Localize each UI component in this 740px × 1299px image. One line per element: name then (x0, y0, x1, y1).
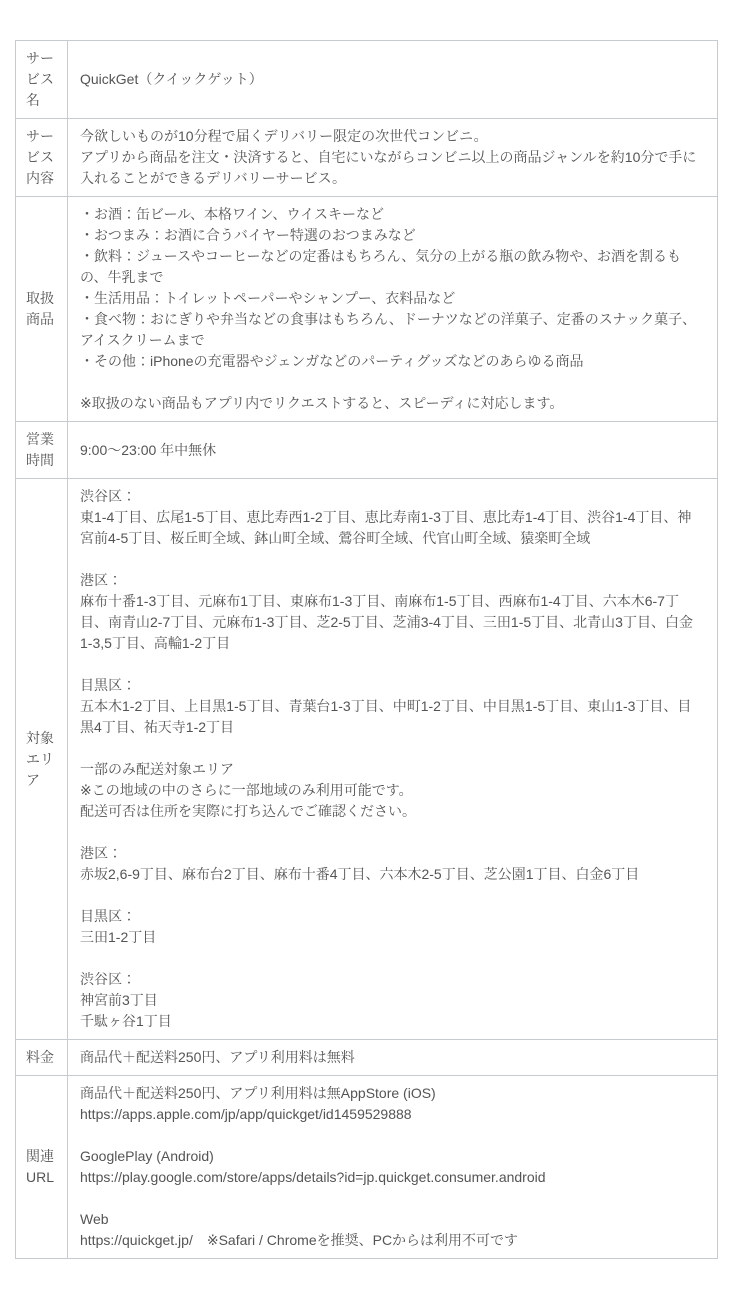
row-header: 対象エリア (16, 479, 68, 1040)
content-line: 麻布十番1-3丁目、元麻布1丁目、東麻布1-3丁目、南麻布1-5丁目、西麻布1-… (80, 591, 703, 654)
service-info-table-body: サービス名QuickGet（クイックゲット）サービス内容今欲しいものが10分程で… (16, 41, 718, 1259)
blank-line (80, 822, 703, 843)
content-line: GooglePlay (Android) (80, 1146, 703, 1167)
content-line: ・その他：iPhoneの充電器やジェンガなどのパーティグッズなどのあらゆる商品 (80, 351, 703, 372)
row-header: 取扱商品 (16, 197, 68, 422)
content-line: アプリから商品を注文・決済すると、自宅にいながらコンビニ以上の商品ジャンルを約1… (80, 147, 703, 189)
content-line: 神宮前3丁目 (80, 990, 703, 1011)
blank-line (80, 885, 703, 906)
table-row: サービス名QuickGet（クイックゲット） (16, 41, 718, 119)
table-row: 対象エリア渋谷区：東1-4丁目、広尾1-5丁目、恵比寿西1-2丁目、恵比寿南1-… (16, 479, 718, 1040)
row-content: 商品代＋配送料250円、アプリ利用料は無料 (68, 1040, 718, 1076)
table-row: サービス内容今欲しいものが10分程で届くデリバリー限定の次世代コンビニ。アプリか… (16, 119, 718, 197)
row-content: QuickGet（クイックゲット） (68, 41, 718, 119)
content-line: https://quickget.jp/ ※Safari / Chromeを推奨… (80, 1230, 703, 1251)
blank-line (80, 948, 703, 969)
table-row: 関連URL商品代＋配送料250円、アプリ利用料は無AppStore (iOS)h… (16, 1076, 718, 1259)
content-line: https://play.google.com/store/apps/detai… (80, 1167, 703, 1188)
content-line: ・お酒：缶ビール、本格ワイン、ウイスキーなど (80, 204, 703, 225)
content-line: QuickGet（クイックゲット） (80, 69, 703, 90)
content-line: ・生活用品：トイレットペーパーやシャンプー、衣料品など (80, 288, 703, 309)
service-info-table: サービス名QuickGet（クイックゲット）サービス内容今欲しいものが10分程で… (15, 40, 718, 1259)
row-header: サービス名 (16, 41, 68, 119)
content-line: ・飲料：ジュースやコーヒーなどの定番はもちろん、気分の上がる瓶の飲み物や、お酒を… (80, 246, 703, 288)
content-line: https://apps.apple.com/jp/app/quickget/i… (80, 1104, 703, 1125)
content-line: 商品代＋配送料250円、アプリ利用料は無料 (80, 1047, 703, 1068)
content-line: 9:00〜23:00 年中無休 (80, 440, 703, 461)
content-line: ・おつまみ：お酒に合うバイヤー特選のおつまみなど (80, 225, 703, 246)
row-content: ・お酒：缶ビール、本格ワイン、ウイスキーなど・おつまみ：お酒に合うバイヤー特選の… (68, 197, 718, 422)
table-row: 取扱商品・お酒：缶ビール、本格ワイン、ウイスキーなど・おつまみ：お酒に合うバイヤ… (16, 197, 718, 422)
blank-line (80, 738, 703, 759)
blank-line (80, 1188, 703, 1209)
content-line: ※取扱のない商品もアプリ内でリクエストすると、スピーディに対応します。 (80, 393, 703, 414)
content-line: 商品代＋配送料250円、アプリ利用料は無AppStore (iOS) (80, 1083, 703, 1104)
row-content: 渋谷区：東1-4丁目、広尾1-5丁目、恵比寿西1-2丁目、恵比寿南1-3丁目、恵… (68, 479, 718, 1040)
content-line: 港区： (80, 570, 703, 591)
content-line: 目黒区： (80, 906, 703, 927)
row-header: サービス内容 (16, 119, 68, 197)
blank-line (80, 1125, 703, 1146)
content-line: 五本木1-2丁目、上目黒1-5丁目、青葉台1-3丁目、中町1-2丁目、中目黒1-… (80, 696, 703, 738)
row-content: 商品代＋配送料250円、アプリ利用料は無AppStore (iOS)https:… (68, 1076, 718, 1259)
content-line: 港区： (80, 843, 703, 864)
content-line: 今欲しいものが10分程で届くデリバリー限定の次世代コンビニ。 (80, 126, 703, 147)
content-line: 赤坂2,6-9丁目、麻布台2丁目、麻布十番4丁目、六本木2-5丁目、芝公園1丁目… (80, 864, 703, 885)
page: サービス名QuickGet（クイックゲット）サービス内容今欲しいものが10分程で… (0, 0, 740, 1299)
content-line: 東1-4丁目、広尾1-5丁目、恵比寿西1-2丁目、恵比寿南1-3丁目、恵比寿1-… (80, 507, 703, 549)
content-line: 一部のみ配送対象エリア (80, 759, 703, 780)
row-header: 関連URL (16, 1076, 68, 1259)
row-content: 今欲しいものが10分程で届くデリバリー限定の次世代コンビニ。アプリから商品を注文… (68, 119, 718, 197)
blank-line (80, 372, 703, 393)
content-line: 千駄ヶ谷1丁目 (80, 1011, 703, 1032)
row-header: 料金 (16, 1040, 68, 1076)
blank-line (80, 549, 703, 570)
row-content: 9:00〜23:00 年中無休 (68, 422, 718, 479)
content-line: ※この地域の中のさらに一部地域のみ利用可能です。 (80, 780, 703, 801)
table-row: 料金商品代＋配送料250円、アプリ利用料は無料 (16, 1040, 718, 1076)
row-header: 営業時間 (16, 422, 68, 479)
table-row: 営業時間9:00〜23:00 年中無休 (16, 422, 718, 479)
content-line: 渋谷区： (80, 969, 703, 990)
content-line: 配送可否は住所を実際に打ち込んでご確認ください。 (80, 801, 703, 822)
content-line: ・食べ物：おにぎりや弁当などの食事はもちろん、ドーナツなどの洋菓子、定番のスナッ… (80, 309, 703, 351)
content-line: 渋谷区： (80, 486, 703, 507)
content-line: 三田1-2丁目 (80, 927, 703, 948)
content-line: Web (80, 1209, 703, 1230)
blank-line (80, 654, 703, 675)
content-line: 目黒区： (80, 675, 703, 696)
